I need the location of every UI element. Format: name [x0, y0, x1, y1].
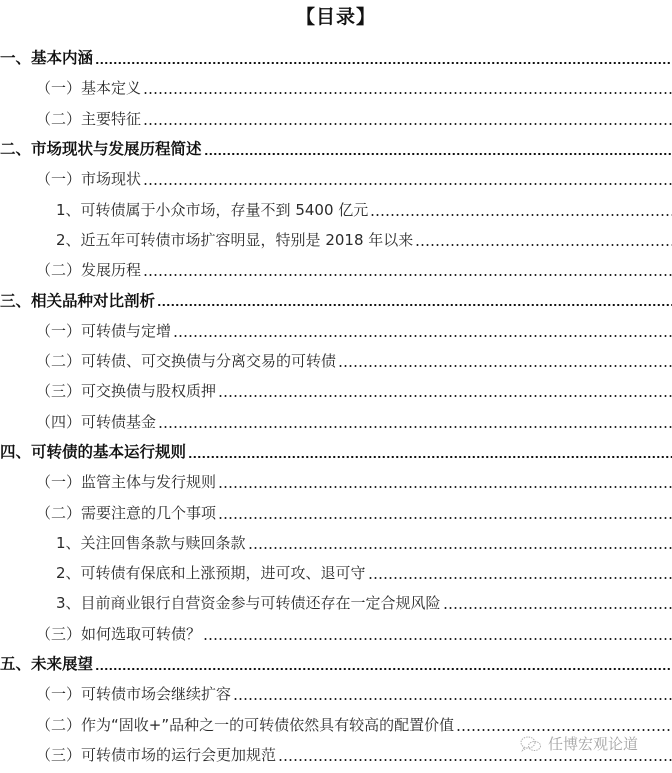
dot-leader [95, 668, 672, 670]
toc-entry-text: （一）市场现状 [0, 169, 143, 189]
dot-leader [95, 62, 672, 64]
toc-entry-text: 3、目前商业银行自营资金参与可转债还存在一定合规风险 [0, 593, 443, 613]
toc-entry-text: 2、可转债有保底和上涨预期，进可攻、退可守 [0, 563, 368, 583]
toc-entry[interactable]: （二）主要特征 [0, 104, 672, 134]
dot-leader [368, 577, 672, 579]
dot-leader [143, 123, 672, 125]
toc-entry-text: （二）需要注意的几个事项 [0, 503, 218, 523]
toc-entry-text: 2、近五年可转债市场扩容明显，特别是 2018 年以来 [0, 230, 415, 250]
table-of-contents: 一、基本内涵 （一）基本定义 （二）主要特征 二、市场现状与发展历程简述 （一）… [0, 43, 672, 770]
toc-entry-text: （二）主要特征 [0, 109, 143, 129]
toc-entry-text: （一）可转债与定增 [0, 321, 173, 341]
dot-leader [415, 244, 672, 246]
toc-entry-text: 五、未来展望 [0, 654, 95, 674]
toc-entry[interactable]: （一）基本定义 [0, 73, 672, 103]
toc-entry[interactable]: （二）可转债、可交换债与分离交易的可转债 [0, 346, 672, 376]
dot-leader [278, 759, 672, 761]
toc-entry-text: （一）监管主体与发行规则 [0, 472, 218, 492]
toc-entry[interactable]: 一、基本内涵 [0, 43, 672, 73]
dot-leader [443, 607, 672, 609]
dot-leader [248, 547, 672, 549]
dot-leader [157, 304, 672, 306]
wechat-icon [520, 736, 542, 752]
dot-leader [456, 729, 672, 731]
dot-leader [204, 153, 672, 155]
dot-leader [143, 274, 672, 276]
dot-leader [173, 335, 672, 337]
toc-entry[interactable]: 2、可转债有保底和上涨预期，进可攻、退可守 [0, 558, 672, 588]
toc-entry[interactable]: （四）可转债基金 [0, 407, 672, 437]
toc-title: 【目录】 [0, 3, 672, 31]
toc-entry[interactable]: 1、可转债属于小众市场，存量不到 5400 亿元 [0, 194, 672, 224]
toc-entry-text: 1、关注回售条款与赎回条款 [0, 533, 248, 553]
toc-entry[interactable]: 五、未来展望 [0, 649, 672, 679]
toc-entry[interactable]: （二）需要注意的几个事项 [0, 497, 672, 527]
dot-leader [370, 214, 672, 216]
watermark-text: 任博宏观论道 [548, 733, 638, 754]
dot-leader [338, 365, 672, 367]
toc-entry-text: （二）作为“固收+”品种之一的可转债依然具有较高的配置价值 [0, 715, 456, 735]
toc-entry[interactable]: （三）如何选取可转债？ [0, 619, 672, 649]
dot-leader [218, 486, 672, 488]
toc-entry-text: （一）基本定义 [0, 78, 143, 98]
dot-leader [188, 456, 672, 458]
toc-entry-text: （一）可转债市场会继续扩容 [0, 684, 233, 704]
toc-entry[interactable]: （三）可交换债与股权质押 [0, 376, 672, 406]
toc-entry-text: 四、可转债的基本运行规则 [0, 442, 188, 462]
dot-leader [218, 395, 672, 397]
toc-entry[interactable]: （二）发展历程 [0, 255, 672, 285]
dot-leader [143, 183, 672, 185]
dot-leader [158, 426, 672, 428]
toc-entry-text: （三）可交换债与股权质押 [0, 381, 218, 401]
toc-entry[interactable]: （一）可转债市场会继续扩容 [0, 679, 672, 709]
dot-leader [203, 638, 672, 640]
toc-entry-text: 一、基本内涵 [0, 48, 95, 68]
dot-leader [143, 92, 672, 94]
toc-entry[interactable]: （一）市场现状 [0, 164, 672, 194]
toc-entry[interactable]: 1、关注回售条款与赎回条款 [0, 528, 672, 558]
toc-entry[interactable]: （一）可转债与定增 [0, 316, 672, 346]
toc-entry-text: 1、可转债属于小众市场，存量不到 5400 亿元 [0, 200, 370, 220]
toc-entry-text: （四）可转债基金 [0, 412, 158, 432]
toc-entry-text: （二）可转债、可交换债与分离交易的可转债 [0, 351, 338, 371]
toc-entry[interactable]: 四、可转债的基本运行规则 [0, 437, 672, 467]
dot-leader [218, 517, 672, 519]
toc-entry[interactable]: 二、市场现状与发展历程简述 [0, 134, 672, 164]
watermark: 任博宏观论道 [520, 733, 638, 754]
toc-entry[interactable]: 三、相关品种对比剖析 [0, 285, 672, 315]
toc-entry[interactable]: 3、目前商业银行自营资金参与可转债还存在一定合规风险 [0, 588, 672, 618]
toc-entry-text: （三）可转债市场的运行会更加规范 [0, 745, 278, 765]
toc-entry-text: （二）发展历程 [0, 260, 143, 280]
toc-entry-text: （三）如何选取可转债？ [0, 624, 203, 644]
toc-entry-text: 三、相关品种对比剖析 [0, 291, 157, 311]
toc-entry[interactable]: （一）监管主体与发行规则 [0, 467, 672, 497]
dot-leader [233, 698, 672, 700]
toc-entry[interactable]: 2、近五年可转债市场扩容明显，特别是 2018 年以来 [0, 225, 672, 255]
toc-entry-text: 二、市场现状与发展历程简述 [0, 139, 204, 159]
